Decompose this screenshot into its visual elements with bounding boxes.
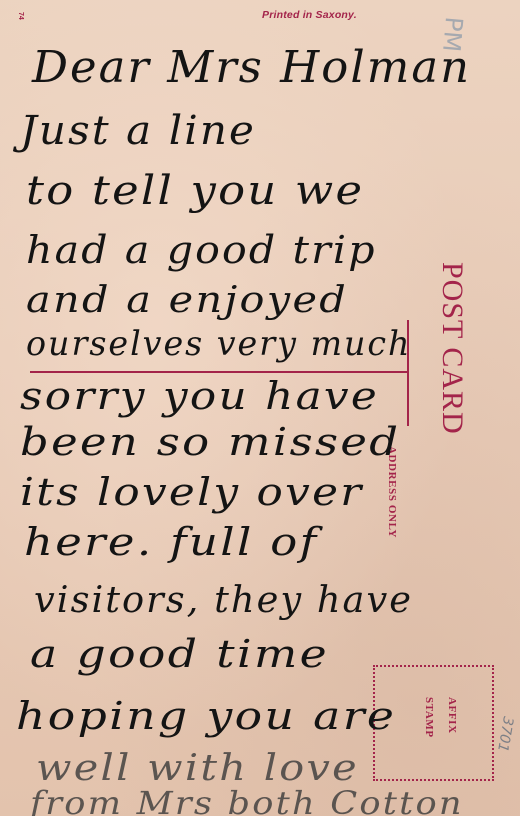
message-line: well with love [36,748,359,789]
postcard-back: 74 Printed in Saxony. PM POST CARD ADDRE… [0,0,520,816]
message-line: been so missed [20,420,400,464]
message-line: here. full of [24,520,319,564]
message-line: ourselves very much [26,324,411,364]
message-line: visitors, they have [34,580,413,621]
message-line: had a good trip [26,228,377,272]
message-line: from Mrs both Cotton [30,784,464,816]
message-line: hoping you are [16,694,396,738]
message-line: Just a line [20,108,256,154]
message-line: to tell you we [26,168,364,214]
message-line: its lovely over [20,470,364,514]
message-line: a good time [30,632,329,676]
handwritten-message: Dear Mrs Holman Just a line to tell you … [0,0,520,816]
message-line: and a enjoyed [26,280,348,321]
message-line: Dear Mrs Holman [32,42,471,93]
message-line: sorry you have [20,374,379,418]
